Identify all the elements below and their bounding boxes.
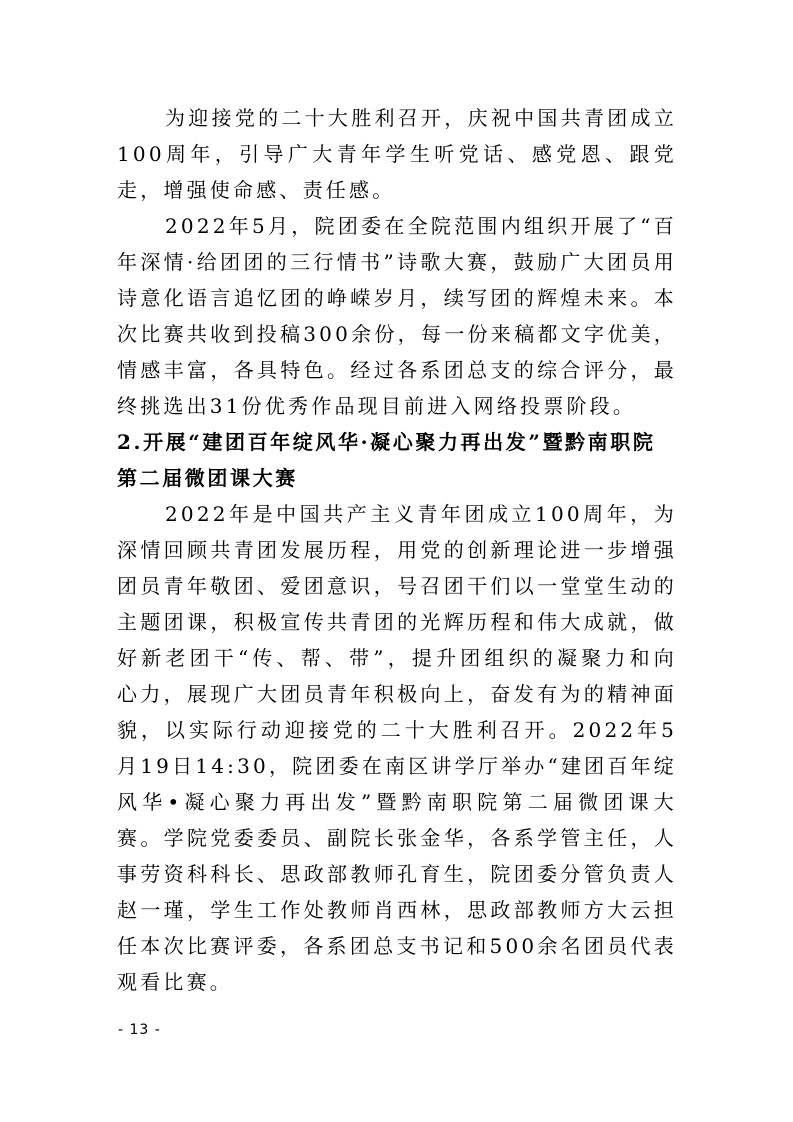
paragraph-intro: 为迎接党的二十大胜利召开，庆祝中国共青团成立100周年，引导广大青年学生听党话、… (117, 100, 677, 208)
paragraph-poetry-contest: 2022年5月，院团委在全院范围内组织开展了“百年深情·给团团的三行情书”诗歌大… (117, 208, 677, 424)
section-heading: 2.开展“建团百年绽风华·凝心聚力再出发”暨黔南职院第二届微团课大赛 (117, 424, 677, 496)
document-body: 为迎接党的二十大胜利召开，庆祝中国共青团成立100周年，引导广大青年学生听党话、… (117, 100, 677, 1000)
page-number: - 13 - (118, 1022, 161, 1038)
paragraph-micro-lesson-contest: 2022年是中国共产主义青年团成立100周年，为深情回顾共青团发展历程，用党的创… (117, 496, 677, 1000)
